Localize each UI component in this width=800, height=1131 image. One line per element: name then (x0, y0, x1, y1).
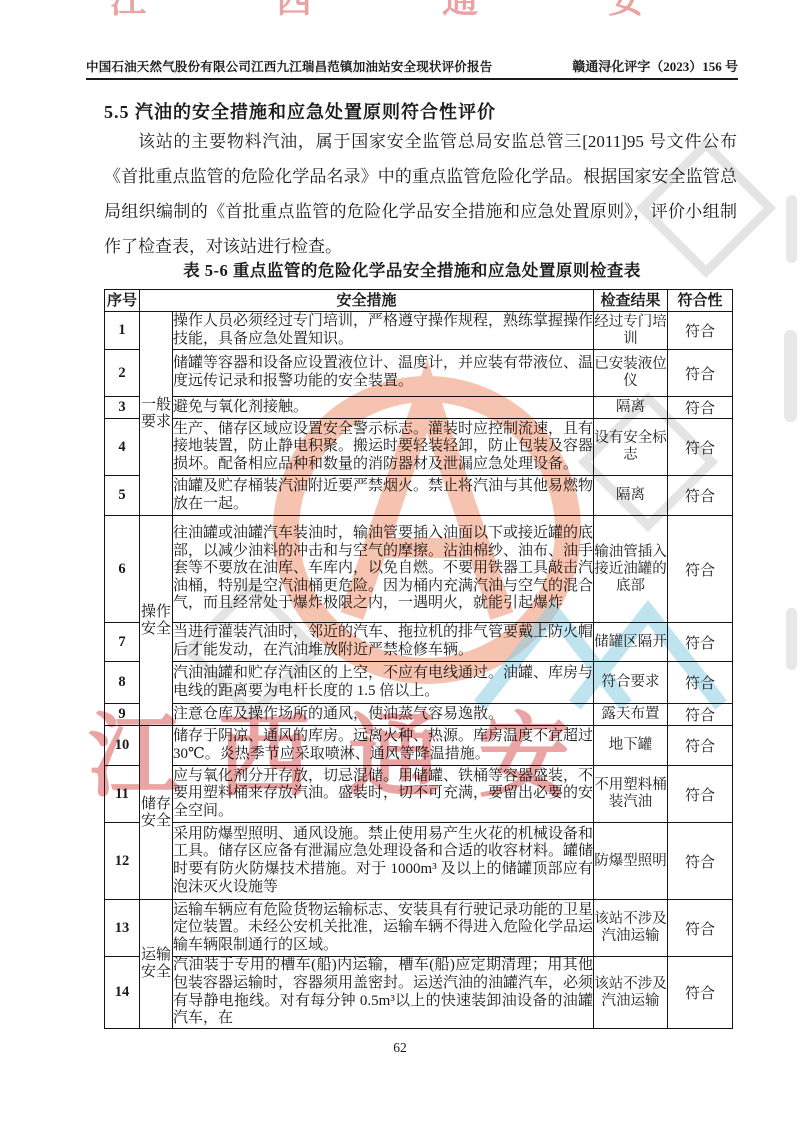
result-cell: 符合要求 (594, 662, 668, 704)
measure-cell: 生产、储存区域应设置安全警示标志。灌装时应控制流速，且有接地装置，防止静电积聚。… (173, 419, 594, 476)
measure-cell: 汽油装于专用的槽车(船)内运输，槽车(船)应定期清理；用其他包装容器运输时，容器… (173, 957, 594, 1029)
section-title: 5.5 汽油的安全措施和应急处置原则符合性评价 (104, 98, 736, 124)
row-number-cell: 6 (105, 516, 140, 623)
conformity-cell: 符合 (668, 900, 733, 957)
conformity-cell: 符合 (668, 623, 733, 662)
header-cell-result: 检查结果 (594, 290, 668, 312)
result-cell: 设有安全标志 (594, 419, 668, 476)
header-cell-conformity: 符合性 (668, 290, 733, 312)
measure-cell: 汽油油罐和贮存汽油区的上空，不应有电线通过。油罐、库房与电线的距离要为电杆长度的… (173, 662, 594, 704)
row-number-cell: 4 (105, 419, 140, 476)
measure-cell: 应与氧化剂分开存放，切忌混储。用储罐、铁桶等容器盛装，不要用塑料桶来存放汽油。盛… (173, 766, 594, 823)
conformity-cell: 符合 (668, 312, 733, 350)
row-number-cell: 2 (105, 350, 140, 397)
row-number-cell: 13 (105, 900, 140, 957)
top-stamp-fragment: 江西通安 (110, 0, 774, 20)
measure-cell: 油罐及贮存桶装汽油附近要严禁烟火。禁止将汽油与其他易燃物放在一起。 (173, 476, 594, 516)
table-row: 10储存安全储存于阴凉、通风的库房。远离火种、热源。库房温度不宜超过 30℃。炎… (105, 726, 733, 766)
conformity-cell: 符合 (668, 766, 733, 823)
measure-cell: 避免与氧化剂接触。 (173, 397, 594, 419)
measure-cell: 操作人员必须经过专门培训，严格遵守操作规程，熟练掌握操作技能，具备应急处置知识。 (173, 312, 594, 350)
measure-cell: 当进行灌装汽油时，邻近的汽车、拖拉机的排气管要戴上防火帽后才能发动，在汽油堆放附… (173, 623, 594, 662)
conformity-cell: 符合 (668, 704, 733, 726)
table-row: 13运输安全运输车辆应有危险货物运输标志、安装具有行驶记录功能的卫星定位装置。未… (105, 900, 733, 957)
result-cell: 储罐区隔开 (594, 623, 668, 662)
group-label-cell: 操作安全 (140, 516, 173, 726)
document-page: 中国石油天然气股份有限公司江西九江瑞昌范镇加油站安全现状评价报告 赣通浔化评字（… (0, 0, 800, 1131)
table-row: 7当进行灌装汽油时，邻近的汽车、拖拉机的排气管要戴上防火帽后才能发动，在汽油堆放… (105, 623, 733, 662)
table-row: 14汽油装于专用的槽车(船)内运输，槽车(船)应定期清理；用其他包装容器运输时，… (105, 957, 733, 1029)
safety-measures-table: 序号 安全措施 检查结果 符合性 1一般要求操作人员必须经过专门培训，严格遵守操… (104, 289, 733, 1029)
intro-paragraph: 该站的主要物料汽油，属于国家安全监管总局安监总管三[2011]95 号文件公布《… (104, 124, 737, 264)
conformity-cell: 符合 (668, 662, 733, 704)
row-number-cell: 11 (105, 766, 140, 823)
result-cell: 露天布置 (594, 704, 668, 726)
measure-cell: 往油罐或油罐汽车装油时，输油管要插入油面以下或接近罐的底部，以减少油料的冲击和与… (173, 516, 594, 623)
header-cell-measure: 安全措施 (140, 290, 594, 312)
result-cell: 防爆型照明 (594, 823, 668, 900)
row-number-cell: 1 (105, 312, 140, 350)
conformity-cell: 符合 (668, 397, 733, 419)
result-cell: 隔离 (594, 397, 668, 419)
result-cell: 隔离 (594, 476, 668, 516)
measure-cell: 储存于阴凉、通风的库房。远离火种、热源。库房温度不宜超过 30℃。炎热季节应采取… (173, 726, 594, 766)
header-cell-num: 序号 (105, 290, 140, 312)
scan-artifact-marks (784, 195, 797, 670)
row-number-cell: 14 (105, 957, 140, 1029)
document-number: 赣通浔化评字（2023）156 号 (572, 56, 738, 75)
table-row: 12采用防爆型照明、通风设施。禁止使用易产生火花的机械设备和工具。储存区应备有泄… (105, 823, 733, 900)
conformity-cell: 符合 (668, 957, 733, 1029)
table-caption: 表 5-6 重点监管的危险化学品安全措施和应急处置原则检查表 (86, 257, 738, 281)
measure-cell: 运输车辆应有危险货物运输标志、安装具有行驶记录功能的卫星定位装置。未经公安机关批… (173, 900, 594, 957)
table-row: 4生产、储存区域应设置安全警示标志。灌装时应控制流速，且有接地装置，防止静电积聚… (105, 419, 733, 476)
table-row: 5油罐及贮存桶装汽油附近要严禁烟火。禁止将汽油与其他易燃物放在一起。隔离符合 (105, 476, 733, 516)
report-title: 中国石油天然气股份有限公司江西九江瑞昌范镇加油站安全现状评价报告 (86, 57, 492, 75)
table-row: 9注意仓库及操作场所的通风，使油蒸气容易逸散。露天布置符合 (105, 704, 733, 726)
result-cell: 该站不涉及汽油运输 (594, 900, 668, 957)
row-number-cell: 12 (105, 823, 140, 900)
row-number-cell: 10 (105, 726, 140, 766)
group-label-cell: 储存安全 (140, 726, 173, 900)
result-cell: 已安装液位仪 (594, 350, 668, 397)
conformity-cell: 符合 (668, 419, 733, 476)
page-number: 62 (0, 1040, 800, 1056)
measure-cell: 储罐等容器和设备应设置液位计、温度计，并应装有带液位、温度远传记录和报警功能的安… (173, 350, 594, 397)
table-row: 11应与氧化剂分开存放，切忌混储。用储罐、铁桶等容器盛装，不要用塑料桶来存放汽油… (105, 766, 733, 823)
table-row: 6操作安全往油罐或油罐汽车装油时，输油管要插入油面以下或接近罐的底部，以减少油料… (105, 516, 733, 623)
conformity-cell: 符合 (668, 823, 733, 900)
result-cell: 输油管插入接近油罐的底部 (594, 516, 668, 623)
row-number-cell: 7 (105, 623, 140, 662)
result-cell: 经过专门培训 (594, 312, 668, 350)
result-cell: 不用塑料桶装汽油 (594, 766, 668, 823)
conformity-cell: 符合 (668, 350, 733, 397)
conformity-cell: 符合 (668, 516, 733, 623)
conformity-cell: 符合 (668, 726, 733, 766)
row-number-cell: 8 (105, 662, 140, 704)
running-header: 中国石油天然气股份有限公司江西九江瑞昌范镇加油站安全现状评价报告 赣通浔化评字（… (86, 56, 738, 80)
table-row: 1一般要求操作人员必须经过专门培训，严格遵守操作规程，熟练掌握操作技能，具备应急… (105, 312, 733, 350)
table-header-row: 序号 安全措施 检查结果 符合性 (105, 290, 733, 312)
measure-cell: 注意仓库及操作场所的通风，使油蒸气容易逸散。 (173, 704, 594, 726)
row-number-cell: 5 (105, 476, 140, 516)
table-row: 3避免与氧化剂接触。隔离符合 (105, 397, 733, 419)
result-cell: 地下罐 (594, 726, 668, 766)
group-label-cell: 运输安全 (140, 900, 173, 1029)
conformity-cell: 符合 (668, 476, 733, 516)
result-cell: 该站不涉及汽油运输 (594, 957, 668, 1029)
measure-cell: 采用防爆型照明、通风设施。禁止使用易产生火花的机械设备和工具。储存区应备有泄漏应… (173, 823, 594, 900)
table-row: 8汽油油罐和贮存汽油区的上空，不应有电线通过。油罐、库房与电线的距离要为电杆长度… (105, 662, 733, 704)
row-number-cell: 3 (105, 397, 140, 419)
group-label-cell: 一般要求 (140, 312, 173, 516)
table-row: 2储罐等容器和设备应设置液位计、温度计，并应装有带液位、温度远传记录和报警功能的… (105, 350, 733, 397)
row-number-cell: 9 (105, 704, 140, 726)
